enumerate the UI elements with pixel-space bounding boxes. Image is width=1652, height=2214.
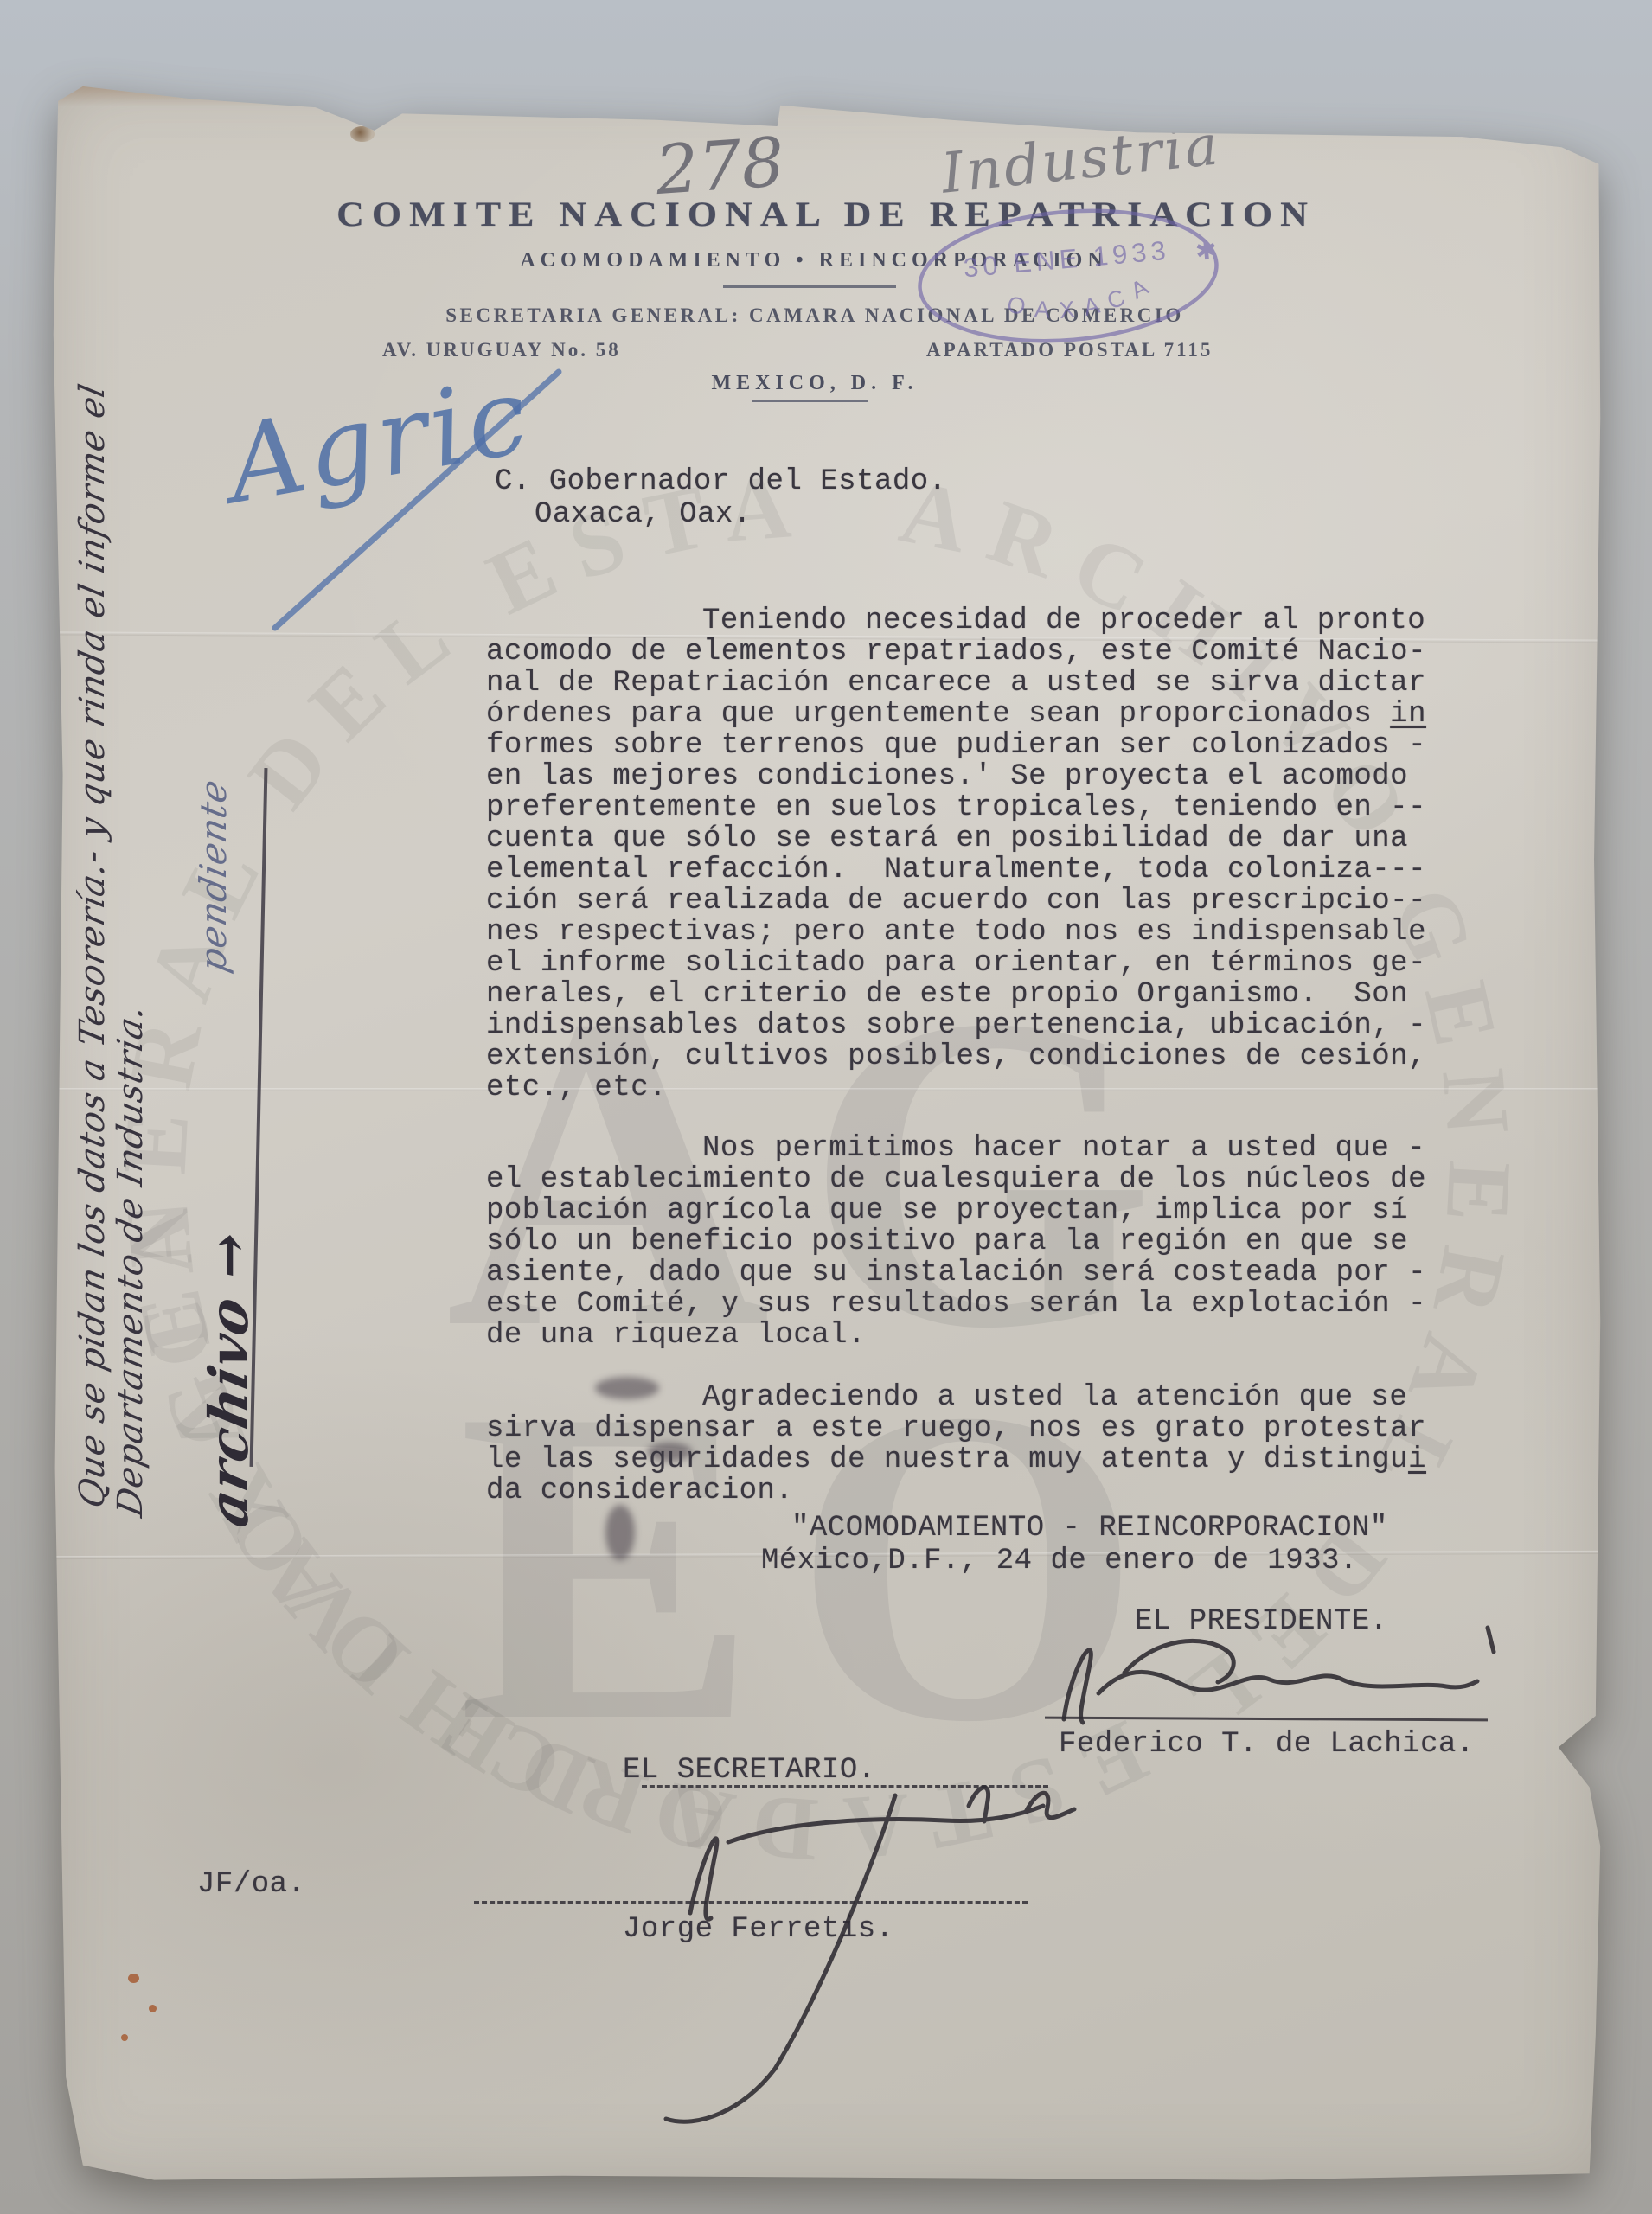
recipient-line1: C. Gobernador del Estado. bbox=[495, 465, 947, 498]
folio-number-annotation: 278 bbox=[653, 124, 787, 210]
paragraph-3: Agradeciendo a usted la atención que se … bbox=[486, 1382, 1507, 1507]
document-page: ARCHIVO GENERAL DEL ESTADO DE OAXACA ARC… bbox=[52, 82, 1602, 2182]
typed-line: cuenta que sólo se estará en posibilidad… bbox=[486, 823, 1507, 854]
letterhead-subtitle: ACOMODAMIENTO • REINCORPORACION bbox=[0, 249, 1628, 272]
pendiente-annotation: pendiente bbox=[192, 775, 234, 976]
photographed-letter-scene: ARCHIVO GENERAL DEL ESTADO DE OAXACA ARC… bbox=[0, 0, 1652, 2214]
typed-line: Nos permitimos hacer notar a usted que - bbox=[486, 1133, 1507, 1164]
letterhead-rule bbox=[752, 400, 868, 402]
secretary-name: Jorge Ferretis. bbox=[623, 1913, 894, 1946]
top-edge-stain bbox=[52, 82, 1600, 106]
paper-hole bbox=[350, 126, 375, 142]
typed-line: Agradeciendo a usted la atención que se bbox=[486, 1382, 1507, 1413]
letterhead-city: MEXICO, D. F. bbox=[0, 372, 1630, 395]
dateline: México,D.F., 24 de enero de 1933. bbox=[761, 1545, 1358, 1577]
typed-line: formes sobre terrenos que pudieran ser c… bbox=[486, 730, 1507, 761]
typed-line: extensión, cultivos posibles, condicione… bbox=[486, 1041, 1507, 1072]
typed-line: en las mejores condiciones.' Se proyecta… bbox=[486, 761, 1507, 792]
recipient-line2: Oaxaca, Oax. bbox=[535, 498, 752, 531]
rust-speck bbox=[128, 1974, 139, 1983]
president-title: EL PRESIDENTE. bbox=[1135, 1605, 1388, 1638]
typed-line: el establecimiento de cualesquiera de lo… bbox=[486, 1164, 1507, 1195]
president-name: Federico T. de Lachica. bbox=[1059, 1728, 1475, 1761]
typed-line: etc., etc. bbox=[486, 1072, 1507, 1104]
typist-initials: JF/oa. bbox=[197, 1868, 305, 1901]
secretary-signature-line bbox=[474, 1901, 1028, 1904]
margin-note-line2: Departamento de Industria. bbox=[111, 1001, 150, 1520]
typed-line: de una riqueza local. bbox=[486, 1320, 1507, 1351]
slogan-line: "ACOMODAMIENTO - REINCORPORACION" bbox=[791, 1512, 1388, 1545]
secretary-upper-line bbox=[642, 1785, 1048, 1788]
typed-line: ción será realizada de acuerdo con las p… bbox=[486, 886, 1507, 917]
typed-line: nerales, el criterio de este propio Orga… bbox=[486, 979, 1507, 1010]
typed-line: este Comité, y sus resultados serán la e… bbox=[486, 1289, 1507, 1320]
secretary-title: EL SECRETARIO. bbox=[623, 1754, 876, 1787]
typed-line: asiente, dado que su instalación será co… bbox=[486, 1257, 1507, 1289]
typed-line: le las seguridades de nuestra muy atenta… bbox=[486, 1444, 1507, 1475]
letterhead-rule bbox=[723, 285, 896, 288]
paper-shadow-wrap: ARCHIVO GENERAL DEL ESTADO DE OAXACA ARC… bbox=[0, 0, 1652, 2214]
rust-speck bbox=[149, 2005, 157, 2012]
typed-line: sirva dispensar a este ruego, nos es gra… bbox=[486, 1413, 1507, 1444]
typed-line: órdenes para que urgentemente sean propo… bbox=[486, 699, 1507, 730]
typed-line: el informe solicitado para orientar, en … bbox=[486, 948, 1507, 979]
page-content: ARCHIVO GENERAL DEL ESTADO DE OAXACA ARC… bbox=[0, 0, 1652, 2214]
paragraph-1: Teniendo necesidad de proceder al pronto… bbox=[486, 605, 1507, 1104]
paragraph-2: Nos permitimos hacer notar a usted que -… bbox=[486, 1133, 1507, 1351]
typed-line: da consideracion. bbox=[486, 1475, 1507, 1507]
typed-line: sólo un beneficio positivo para la regió… bbox=[486, 1226, 1507, 1257]
letterhead-secretaria: SECRETARIA GENERAL: CAMARA NACIONAL DE C… bbox=[0, 304, 1630, 327]
typed-line: población agrícola que se proyectan, imp… bbox=[486, 1195, 1507, 1226]
ink-smudge bbox=[605, 1505, 635, 1560]
typed-line: nes respectivas; pero ante todo nos es i… bbox=[486, 917, 1507, 948]
rust-speck bbox=[121, 2034, 128, 2041]
classification-annotation: Industria bbox=[938, 113, 1223, 206]
president-signature-line bbox=[1045, 1717, 1488, 1722]
typed-line: preferentemente en suelos tropicales, te… bbox=[486, 792, 1507, 823]
typed-line: indispensables datos sobre pertenencia, … bbox=[486, 1010, 1507, 1041]
typed-line: elemental refacción. Naturalmente, toda … bbox=[486, 854, 1507, 886]
typed-line: acomodo de elementos repatriados, este C… bbox=[486, 637, 1507, 668]
letter-body: Teniendo necesidad de proceder al pronto… bbox=[486, 605, 1507, 1507]
president-signature bbox=[1064, 1628, 1494, 1723]
margin-note-line1: Que se pidan los datos a Tesorería.- y q… bbox=[73, 380, 112, 1511]
secretary-signature bbox=[666, 1788, 1074, 2122]
typed-line: nal de Repatriación encarece a usted se … bbox=[486, 668, 1507, 699]
typed-line: Teniendo necesidad de proceder al pronto bbox=[486, 605, 1507, 637]
letterhead-po-box: APARTADO POSTAL 7115 bbox=[926, 339, 1213, 362]
letterhead-title: COMITE NACIONAL DE REPATRIACION bbox=[0, 194, 1652, 234]
